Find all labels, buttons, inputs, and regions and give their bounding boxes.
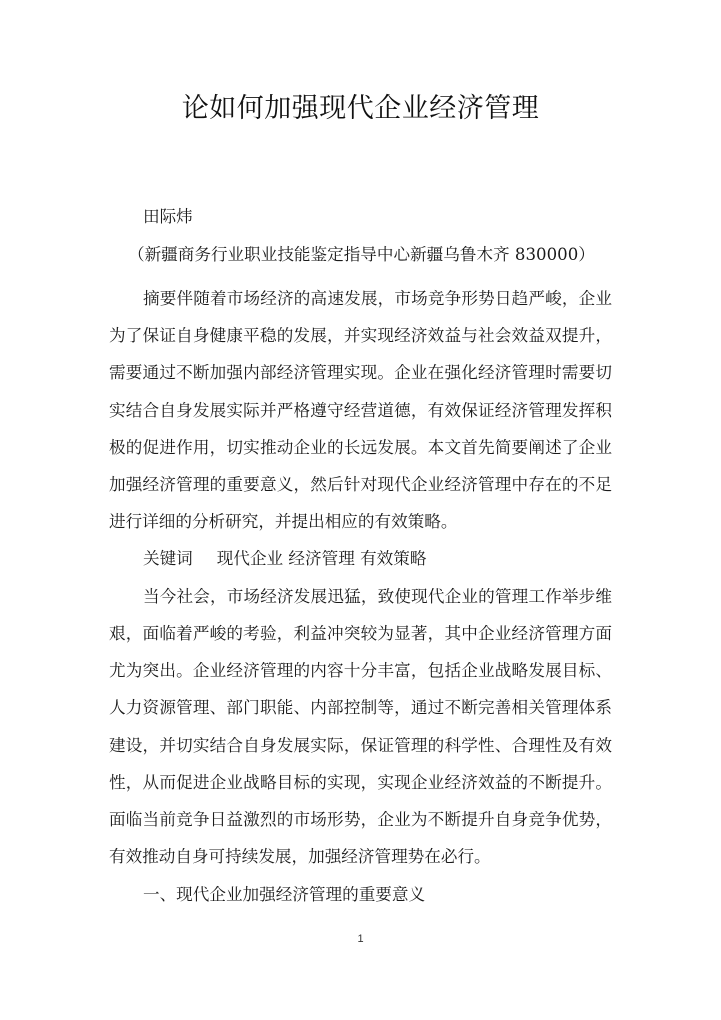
keywords: 关键词现代企业 经济管理 有效策略: [143, 549, 426, 569]
document-title: 论如何加强现代企业经济管理: [0, 86, 721, 125]
abstract-line: 进行详细的分析研究，并提出相应的有效策略。: [109, 512, 457, 532]
keywords-terms: 现代企业 经济管理 有效策略: [217, 549, 427, 568]
body-line: 性，从而促进企业战略目标的实现，实现企业经济效益的不断提升。: [109, 773, 612, 793]
abstract-line: 摘要伴随着市场经济的高速发展，市场竞争形势日趋严峻，企业: [143, 289, 612, 309]
body-line: 当今社会，市场经济发展迅猛，致使现代企业的管理工作举步维: [143, 587, 612, 607]
abstract-line: 极的促进作用，切实推动企业的长远发展。本文首先简要阐述了企业: [109, 438, 612, 458]
section-heading: 一、现代企业加强经济管理的重要意义: [143, 885, 425, 905]
keywords-label: 关键词: [143, 549, 193, 568]
abstract-line: 需要通过不断加强内部经济管理实现。企业在强化经济管理时需要切: [109, 363, 612, 383]
abstract-line: 为了保证自身健康平稳的发展，并实现经济效益与社会效益双提升，: [109, 326, 612, 346]
body-line: 尤为突出。企业经济管理的内容十分丰富，包括企业战略发展目标、: [109, 661, 612, 681]
author-affiliation: （新疆商务行业职业技能鉴定指导中心新疆乌鲁木齐 830000）: [128, 245, 595, 265]
page-number: 1: [0, 933, 721, 945]
body-line: 艰，面临着严峻的考验，利益冲突较为显著，其中企业经济管理方面: [109, 624, 612, 644]
body-line: 建设，并切实结合自身发展实际，保证管理的科学性、合理性及有效: [109, 736, 612, 756]
body-line: 有效推动自身可持续发展，加强经济管理势在必行。: [109, 847, 491, 867]
author-name: 田际炜: [143, 207, 193, 227]
body-line: 人力资源管理、部门职能、内部控制等，通过不断完善相关管理体系: [109, 698, 612, 718]
abstract-line: 加强经济管理的重要意义，然后针对现代企业经济管理中存在的不足: [109, 475, 612, 495]
document-page: 论如何加强现代企业经济管理 田际炜 （新疆商务行业职业技能鉴定指导中心新疆乌鲁木…: [0, 0, 721, 1020]
body-line: 面临当前竞争日益激烈的市场形势，企业为不断提升自身竞争优势，: [109, 810, 612, 830]
abstract-line: 实结合自身发展实际并严格遵守经营道德，有效保证经济管理发挥积: [109, 401, 612, 421]
